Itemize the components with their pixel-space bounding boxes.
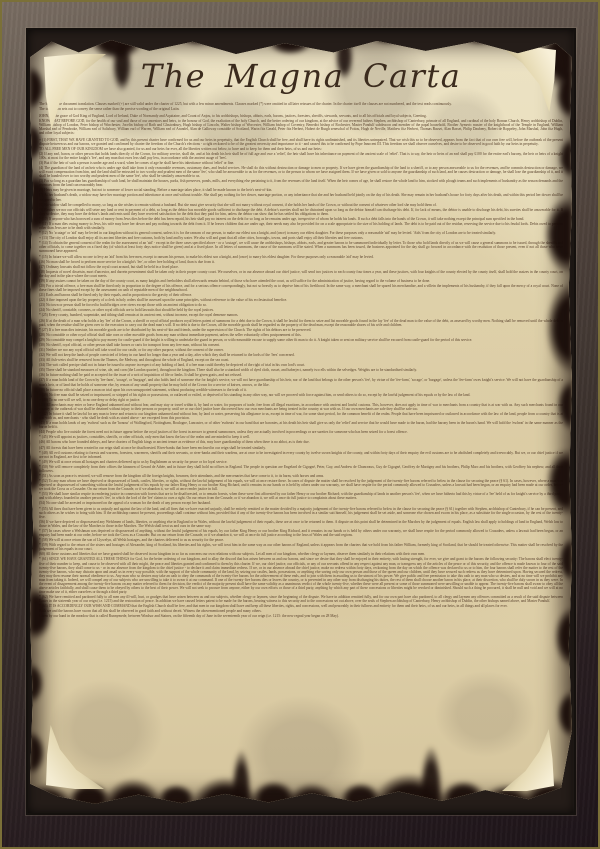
charter-paragraph: (16) No man shall be forced to perform m… xyxy=(39,260,563,264)
charter-paragraph: (29) No constable may compel a knight to… xyxy=(39,338,563,342)
charter-paragraph: * (25) Every county, hundred, wapentake,… xyxy=(39,313,563,317)
charter-paragraph: (24) No sheriff, constable, coroners, or… xyxy=(39,308,563,312)
charter-paragraph: (22) A fine imposed upon the lay propert… xyxy=(39,298,563,302)
charter-paragraph: (34) The writ called precipe shall not i… xyxy=(39,363,563,367)
charter-paragraph: * (45) We will appoint as justices, cons… xyxy=(39,435,563,439)
charter-paragraph: * (11) If a man dies owing money to Jews… xyxy=(39,222,563,230)
charter-paragraph: (18) Inquests of novel disseisin, mort d… xyxy=(39,270,563,278)
charter-paragraph: (38) In future no official shall place a… xyxy=(39,388,563,392)
charter-paragraph: (35) There shall be standard measures of… xyxy=(39,368,563,372)
charter-paragraph: * (15) In future we will allow no one to… xyxy=(39,255,563,259)
charter-paragraph: (21) Earls and barons shall be fined onl… xyxy=(39,293,563,297)
charter-paragraph: (9) Neither we nor our officials will se… xyxy=(39,208,563,216)
charter-paragraph: The basics: The document translation. Cl… xyxy=(39,102,563,106)
poster-content: The Magna Carta The basics: The document… xyxy=(30,34,572,807)
charter-paragraph: * (63) IT IS ACCORDINGLY OUR WISH AND CO… xyxy=(39,604,563,608)
charter-paragraph: * (52) To any man whom we have deprived … xyxy=(39,479,563,491)
charter-paragraph: (47) All forests that have been created … xyxy=(39,446,563,450)
charter-paragraph: * (55) All fines that have been given to… xyxy=(39,507,563,519)
charter-paragraph: (7) At her husband's death, a widow may … xyxy=(39,193,563,201)
charter-paragraph: * (61) SINCE WE HAVE GRANTED ALL THESE T… xyxy=(39,557,563,594)
charter-paragraph: * (42) In future it shall be lawful for … xyxy=(39,412,563,420)
charter-paragraph: + (40) To no one will we sell, to no one… xyxy=(39,398,563,402)
charter-paragraph: * (48) All evil customs relating to fore… xyxy=(39,451,563,459)
charter-paragraph: (8) No widow shall be compelled to marry… xyxy=(39,203,563,207)
charter-paragraph: (23) No town or person shall be forced t… xyxy=(39,303,563,307)
charter-paragraph: TO ALL FREE MEN OF OUR KINGDOM we have a… xyxy=(39,147,563,151)
framed-poster-photo: The Magna Carta The basics: The document… xyxy=(0,0,600,849)
charter-paragraph: (37) If a man holds land of the Crown by… xyxy=(39,378,563,386)
charter-paragraph: Given by our hand in the meadow that is … xyxy=(39,614,563,618)
charter-paragraph: (54) No one shall be arrested or impriso… xyxy=(39,501,563,505)
charter-paragraph: * (49) We will at once return all hostag… xyxy=(39,460,563,464)
charter-paragraph: + (1) FIRST, THAT WE HAVE GRANTED TO GOD… xyxy=(39,138,563,146)
charter-paragraph: Both we and the barons have sworn that a… xyxy=(39,609,563,613)
charter-paragraph: (6) Heirs may be given in marriage, but … xyxy=(39,188,563,192)
frame-interior: The Magna Carta The basics: The document… xyxy=(26,28,576,815)
parchment-sheet: The Magna Carta The basics: The document… xyxy=(30,34,572,807)
charter-paragraph: (4) The guardian of the land of an heir … xyxy=(39,166,563,178)
charter-paragraph: (2) If any earl, baron, or other person … xyxy=(39,152,563,160)
charter-paragraph: * (58) We will at once return the son of… xyxy=(39,538,563,542)
charter-paragraph: KNOW THAT BEFORE GOD, for the health of … xyxy=(39,119,563,135)
charter-paragraph: (31) Neither we nor any royal official w… xyxy=(39,348,563,352)
charter-paragraph: (26) If at the death of a man who holds … xyxy=(39,319,563,327)
charter-paragraph: (60) All these customs and liberties tha… xyxy=(39,552,563,556)
charter-paragraph: (3) But if the heir of such a person is … xyxy=(39,161,563,165)
charter-paragraph: + (13) The city of London shall enjoy al… xyxy=(39,236,563,240)
poster-title: The Magna Carta xyxy=(30,60,572,92)
charter-text: The basics: The document translation. Cl… xyxy=(39,102,563,774)
charter-paragraph: (5) For so long as a guardian has guardi… xyxy=(39,179,563,187)
charter-paragraph: (33) All fish-weirs shall be removed fro… xyxy=(39,358,563,362)
charter-paragraph: + (39) No free man shall be seized or im… xyxy=(39,393,563,397)
charter-paragraph: JOHN, by the grace of God King of Englan… xyxy=(39,114,563,118)
charter-paragraph: * (57) In cases where a Welshman was dep… xyxy=(39,529,563,537)
charter-paragraph: The translation sets out to convey the s… xyxy=(39,107,563,111)
charter-paragraph: (19) If any assizes cannot be taken on t… xyxy=(39,279,563,283)
charter-paragraph: * (51) As soon as peace is restored, we … xyxy=(39,474,563,478)
charter-paragraph: * (53) We shall have similar respite in … xyxy=(39,492,563,500)
charter-paragraph: (32) We will not keep the lands of peopl… xyxy=(39,353,563,357)
charter-paragraph: * (27) If a free man dies intestate, his… xyxy=(39,328,563,332)
charter-paragraph: (46) All barons who have founded abbeys,… xyxy=(39,440,563,444)
charter-paragraph: * (10) If anyone who has borrowed a sum … xyxy=(39,217,563,221)
charter-paragraph: (30) No sheriff, royal official, or othe… xyxy=(39,343,563,347)
charter-paragraph: (36) In future nothing shall be paid or … xyxy=(39,373,563,377)
charter-paragraph: * (14) To obtain the general consent of … xyxy=(39,241,563,253)
charter-paragraph: (17) Ordinary lawsuits shall not follow … xyxy=(39,265,563,269)
charter-paragraph: (20) For a trivial offence, a free man s… xyxy=(39,284,563,292)
charter-paragraph: (41) All merchants may enter or leave En… xyxy=(39,403,563,411)
charter-paragraph: * (59) With regard to the return of the … xyxy=(39,543,563,551)
charter-paragraph: (56) If we have deprived or dispossessed… xyxy=(39,520,563,528)
charter-paragraph: * (50) We will remove completely from th… xyxy=(39,465,563,473)
charter-paragraph: * (12) No 'scutage' or 'aid' may be levi… xyxy=(39,231,563,235)
charter-paragraph: * (62) We have remitted and pardoned ful… xyxy=(39,595,563,603)
charter-paragraph: (28) No constable or other royal officia… xyxy=(39,333,563,337)
charter-paragraph: (43) If a man holds lands of any 'eschea… xyxy=(39,421,563,429)
charter-paragraph: (44) People who live outside the forest … xyxy=(39,430,563,434)
